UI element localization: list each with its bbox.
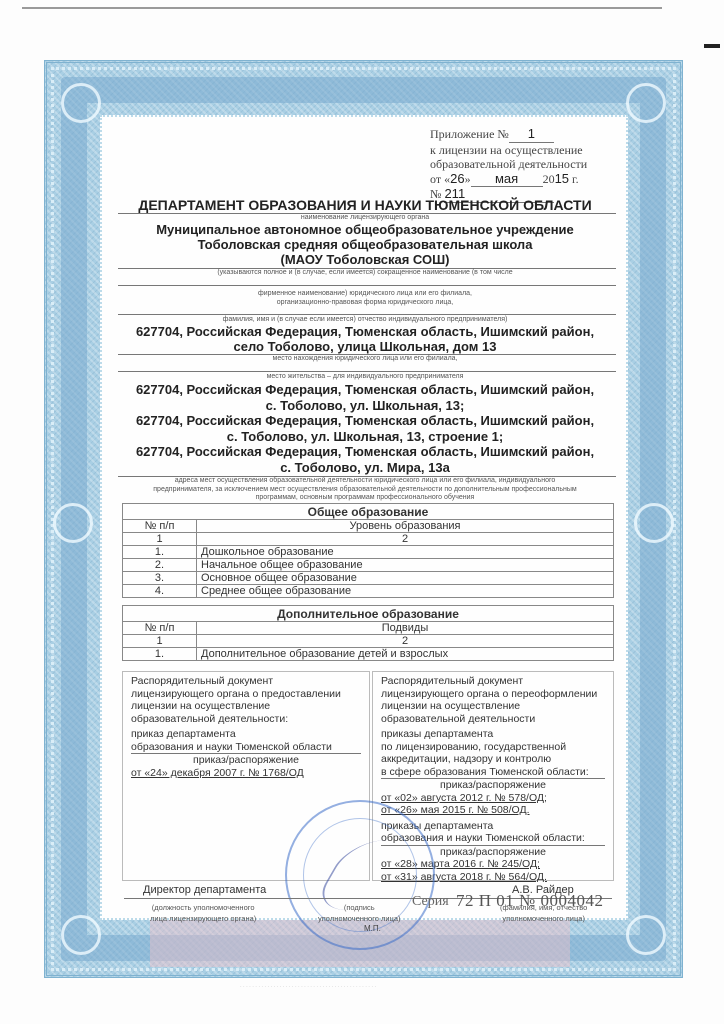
licensee-name: Муниципальное автономное общеобразовател… — [120, 222, 610, 267]
ornament-icon — [626, 83, 666, 123]
table-row: 2.Начальное общее образование — [123, 559, 614, 572]
appendix-month: мая — [471, 172, 543, 188]
table-title: Общее образование — [123, 504, 614, 520]
additional-education-table: Дополнительное образование № п/пПодвиды … — [122, 605, 614, 661]
ornament-icon — [61, 915, 101, 955]
reissue-order-ref: от «26» мая 2015 г. № 508/ОД. — [381, 804, 605, 817]
table-row: 1.Дополнительное образование детей и взр… — [123, 648, 614, 661]
authority-name: ДЕПАРТАМЕНТ ОБРАЗОВАНИЯ И НАУКИ ТЮМЕНСКО… — [120, 197, 610, 213]
appendix-header: Приложение №1 к лицензии на осуществлени… — [430, 127, 587, 203]
scan-mark — [704, 44, 720, 48]
divider — [118, 314, 616, 315]
ornament-icon — [61, 83, 101, 123]
table-row: 3.Основное общее образование — [123, 572, 614, 585]
appendix-number: 1 — [509, 127, 554, 143]
table-title: Дополнительное образование — [123, 606, 614, 622]
table-row: 4.Среднее общее образование — [123, 585, 614, 598]
ornament-icon — [634, 503, 674, 543]
activity-addresses: 627704, Российская Федерация, Тюменская … — [120, 382, 610, 475]
divider — [118, 285, 616, 286]
addresses-caption: адреса мест осуществления образовательно… — [120, 477, 610, 503]
appendix-day: 26 — [450, 171, 464, 186]
scan-edge-line — [22, 7, 662, 9]
ornament-icon — [53, 503, 93, 543]
appendix-year: 15 — [555, 171, 569, 186]
printer-footnote: · · · · · · · · · · · · · · · · · · · · … — [240, 984, 376, 990]
reissue-order-ref: от «02» августа 2012 г. № 578/ОД; — [381, 792, 605, 805]
signatory-position: Директор департамента — [143, 884, 266, 896]
serial-label: Серия — [412, 894, 449, 910]
authority-caption: наименование лицензирующего органа — [120, 214, 610, 221]
divider — [118, 371, 616, 372]
ornament-icon — [626, 915, 666, 955]
licensee-location: 627704, Российская Федерация, Тюменская … — [120, 324, 610, 354]
table-row: 1.Дошкольное образование — [123, 546, 614, 559]
general-education-table: Общее образование № п/пУровень образован… — [122, 503, 614, 598]
grant-order-ref: от «24» декабря 2007 г. № 1768/ОД — [131, 767, 361, 780]
serial-number: 72 П 01 № 0004042 — [456, 891, 604, 911]
seal-place-mark: М.П. — [364, 924, 381, 933]
